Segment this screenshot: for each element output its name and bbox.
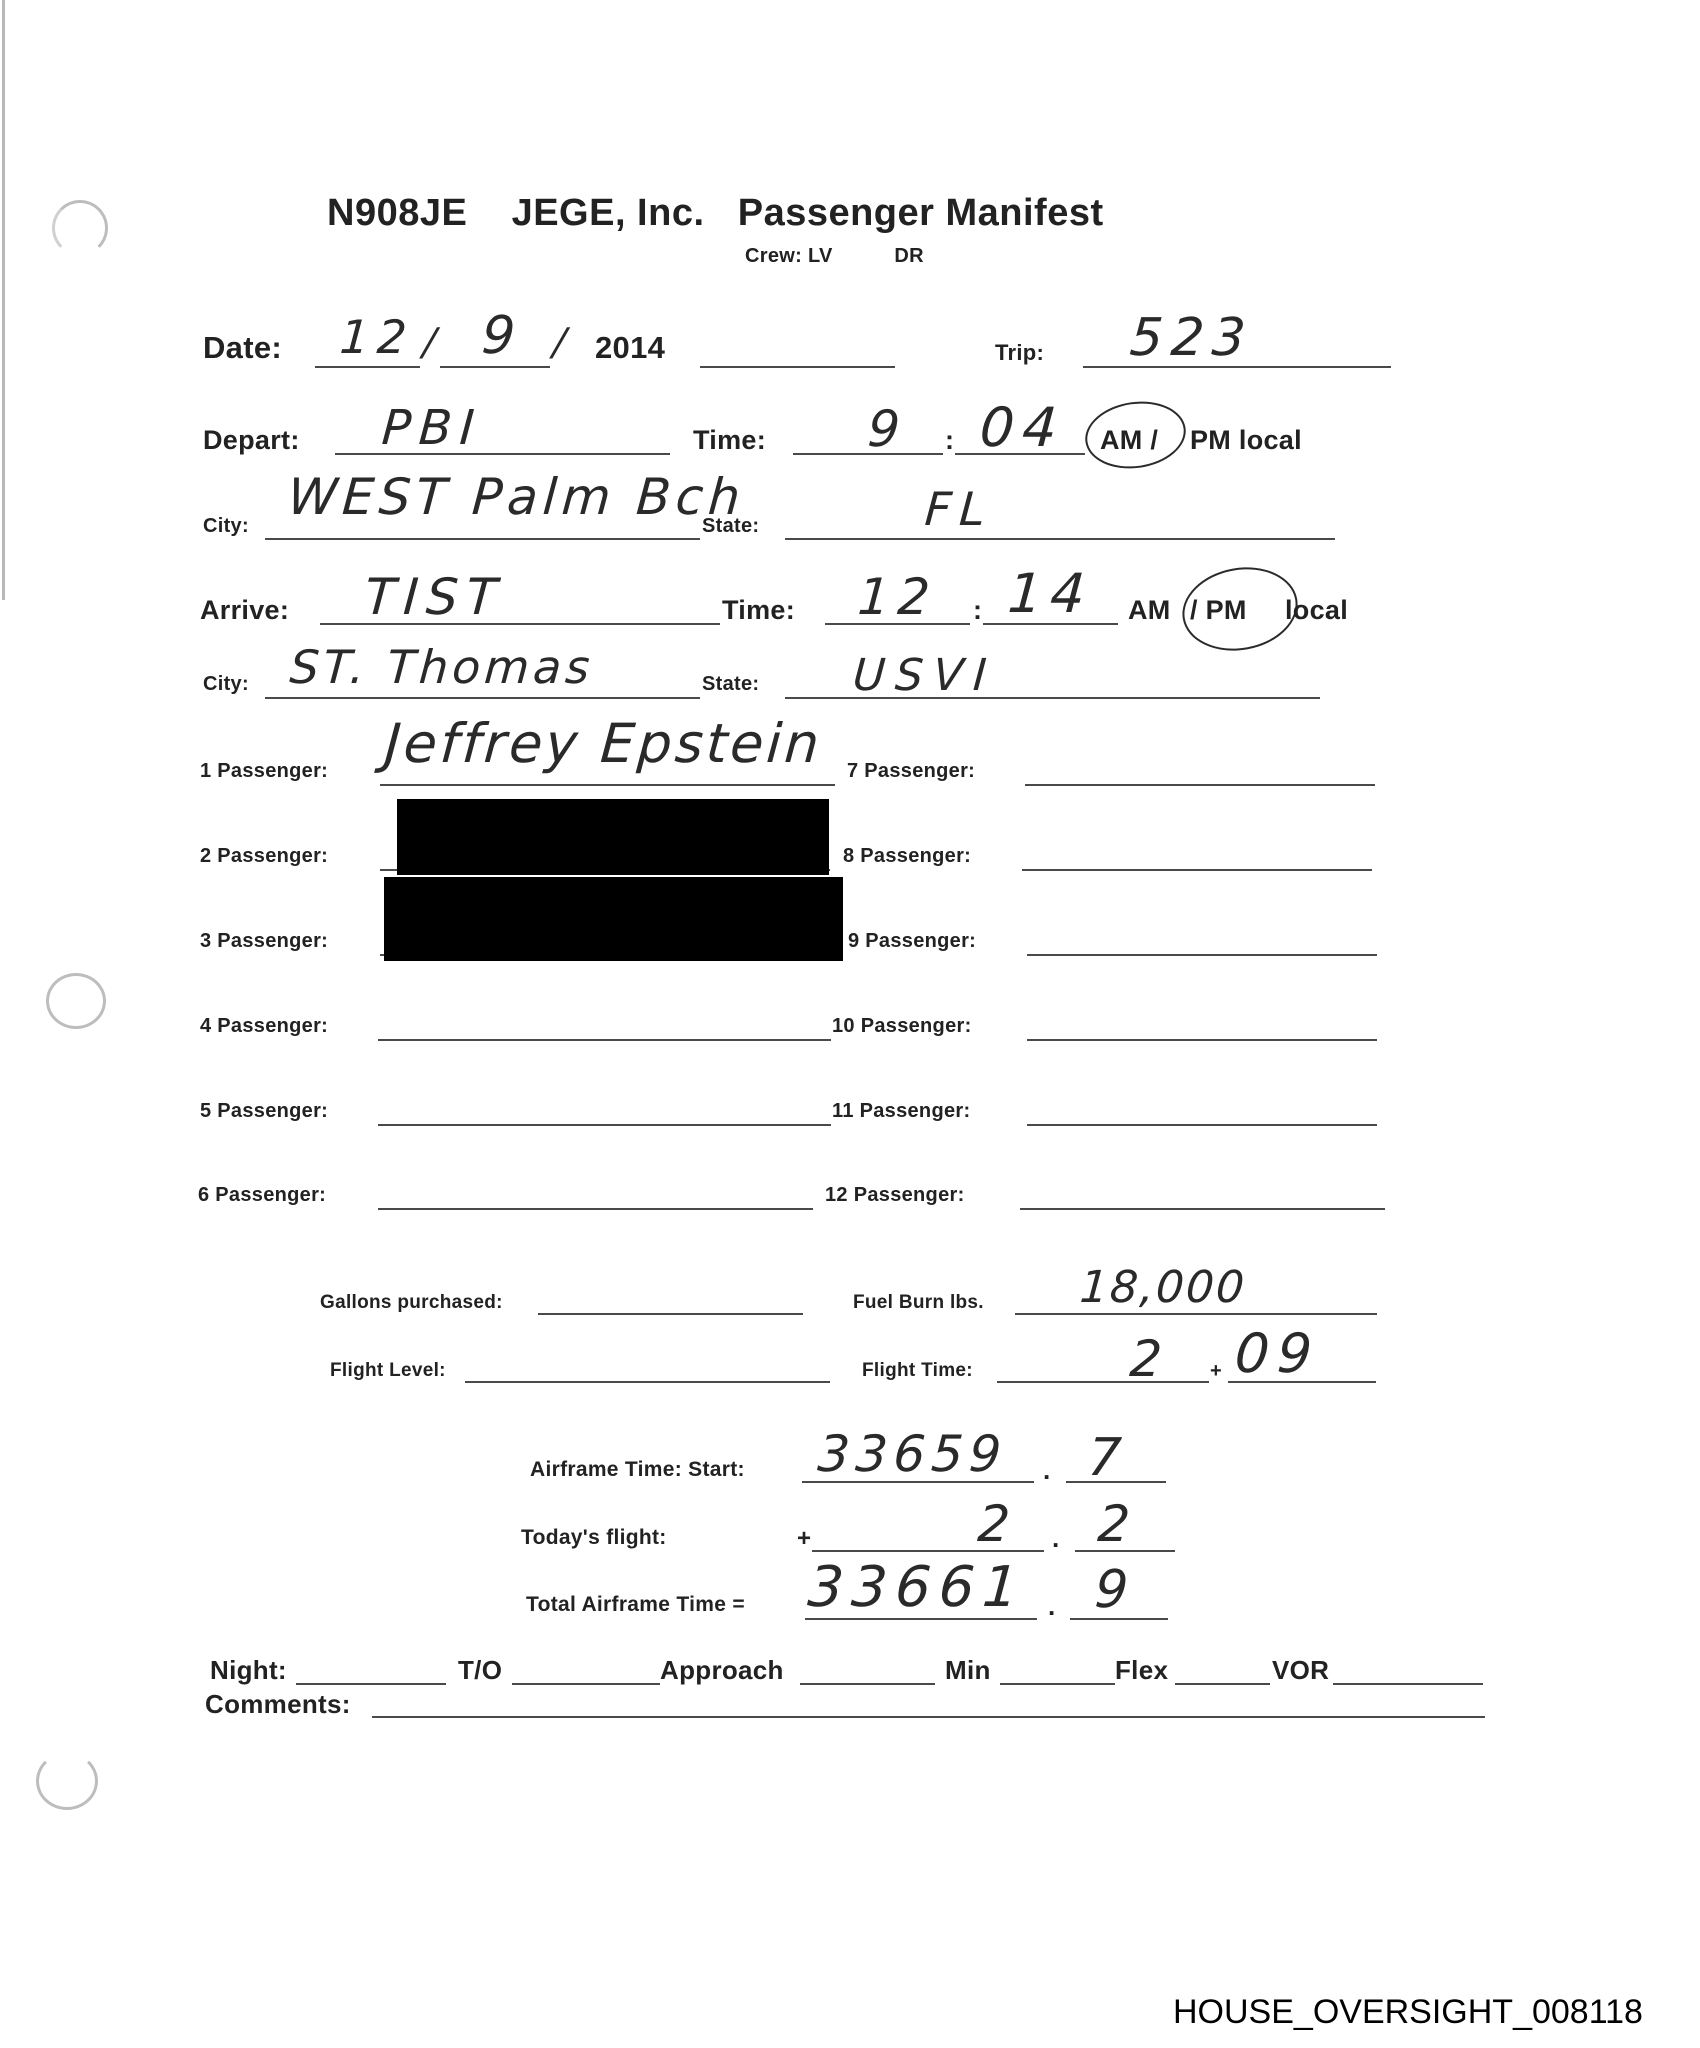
vor-field[interactable] — [1333, 1683, 1483, 1685]
passenger-5-field[interactable] — [378, 1124, 831, 1126]
passenger-12-label: 12 Passenger: — [825, 1184, 965, 1207]
flight-time-hours-value: 2 — [1128, 1330, 1172, 1388]
arrive-hour-value: 12 — [856, 568, 940, 626]
passenger-3-label: 3 Passenger: — [200, 930, 328, 953]
night-field[interactable] — [296, 1683, 446, 1685]
passenger-4-field[interactable] — [378, 1039, 831, 1041]
to-field[interactable] — [512, 1683, 660, 1685]
airframe-start-whole-value: 33659 — [816, 1425, 1009, 1483]
crew-label: Crew: — [745, 245, 802, 267]
date-sep-2: / — [551, 320, 575, 364]
flight-time-label: Flight Time: — [862, 1360, 973, 1382]
arrive-airport-value: TIST — [363, 568, 507, 626]
date-sep-1: / — [421, 320, 445, 364]
depart-state-value: FL — [923, 482, 995, 536]
date-month-value: 12 — [338, 310, 416, 364]
passenger-6-field[interactable] — [378, 1208, 813, 1210]
depart-state-field[interactable] — [785, 538, 1335, 540]
arrive-label: Arrive: — [200, 595, 289, 626]
total-airframe-label: Total Airframe Time = — [526, 1593, 745, 1617]
min-label: Min — [945, 1655, 991, 1686]
company-name: JEGE, Inc. — [512, 192, 705, 234]
arrive-local-label: local — [1285, 595, 1348, 626]
flex-field[interactable] — [1175, 1683, 1270, 1685]
form-title: N908JE JEGE, Inc. Passenger Manifest — [327, 192, 1104, 235]
todays-flight-plus: + — [797, 1525, 811, 1553]
depart-city-value: WEST Palm Bch — [286, 468, 747, 526]
passenger-10-field[interactable] — [1027, 1039, 1377, 1041]
trip-number-value: 523 — [1128, 308, 1255, 368]
vor-label: VOR — [1272, 1655, 1329, 1686]
total-airframe-decimal: . — [1048, 1591, 1056, 1622]
fuel-burn-value: 18,000 — [1078, 1262, 1248, 1313]
flex-label: Flex — [1115, 1655, 1168, 1686]
min-field[interactable] — [1000, 1683, 1115, 1685]
passenger-8-field[interactable] — [1022, 869, 1372, 871]
crew-line: Crew: LV DR — [745, 245, 924, 268]
arrive-state-value: USVI — [851, 650, 998, 701]
arrive-time-colon: : — [973, 595, 982, 626]
depart-minute-value: 04 — [978, 396, 1067, 459]
arrive-time-label: Time: — [722, 595, 795, 626]
passenger-1-label: 1 Passenger: — [200, 760, 328, 783]
flight-level-field[interactable] — [465, 1381, 830, 1383]
manifest-title: Passenger Manifest — [738, 192, 1104, 234]
passenger-1-value: Jeffrey Epstein — [383, 712, 824, 775]
flight-time-minutes-value: 09 — [1233, 1322, 1322, 1385]
todays-flight-label: Today's flight: — [521, 1526, 667, 1550]
todays-flight-whole-value: 2 — [976, 1495, 1020, 1553]
passenger-4-label: 4 Passenger: — [200, 1015, 328, 1038]
hole-punch-top — [52, 200, 108, 256]
depart-state-label: State: — [702, 515, 759, 538]
arrive-minute-value: 14 — [1006, 562, 1095, 625]
to-label: T/O — [458, 1655, 502, 1686]
passenger-2-label: 2 Passenger: — [200, 845, 328, 868]
passenger-12-field[interactable] — [1020, 1208, 1385, 1210]
passenger-9-field[interactable] — [1027, 954, 1377, 956]
gallons-purchased-field[interactable] — [538, 1313, 803, 1315]
night-label: Night: — [210, 1655, 287, 1686]
approach-label: Approach — [660, 1655, 784, 1686]
airframe-start-tenths-value: 7 — [1086, 1428, 1131, 1488]
comments-label: Comments: — [205, 1689, 351, 1720]
hole-punch-bottom — [36, 1752, 98, 1810]
hole-punch-middle — [46, 973, 106, 1029]
depart-hour-value: 9 — [866, 400, 910, 458]
fuel-burn-label: Fuel Burn lbs. — [853, 1292, 984, 1314]
crew-member-1: LV — [808, 245, 833, 267]
total-airframe-tenths-value: 9 — [1093, 1560, 1138, 1620]
passenger-11-field[interactable] — [1027, 1124, 1377, 1126]
bates-number: HOUSE_OVERSIGHT_008118 — [1173, 1993, 1643, 2032]
tail-number: N908JE — [327, 192, 467, 234]
arrive-city-value: ST. Thomas — [288, 640, 595, 694]
passenger-11-label: 11 Passenger: — [832, 1100, 970, 1123]
arrive-city-field[interactable] — [265, 697, 700, 699]
depart-pm-option[interactable]: PM local — [1190, 425, 1302, 456]
flight-time-hours-field[interactable] — [997, 1381, 1209, 1383]
passenger-7-field[interactable] — [1025, 784, 1375, 786]
date-label: Date: — [203, 330, 282, 366]
passenger-3-redaction — [384, 877, 843, 961]
date-year: 2014 — [595, 330, 665, 366]
depart-time-colon: : — [945, 425, 954, 456]
airframe-start-label: Airframe Time: Start: — [530, 1458, 745, 1482]
date-day-value: 9 — [480, 306, 525, 366]
passenger-6-label: 6 Passenger: — [198, 1184, 326, 1207]
passenger-2-redaction — [397, 799, 829, 875]
gallons-purchased-label: Gallons purchased: — [320, 1292, 503, 1314]
date-month-field[interactable] — [315, 366, 420, 368]
flight-time-plus: + — [1210, 1360, 1222, 1383]
passenger-1-field[interactable] — [380, 784, 835, 786]
total-airframe-whole-value: 33661 — [806, 1555, 1029, 1620]
crew-member-2: DR — [894, 245, 924, 267]
arrive-am-option[interactable]: AM — [1128, 595, 1171, 626]
passenger-7-label: 7 Passenger: — [847, 760, 975, 783]
approach-field[interactable] — [800, 1683, 935, 1685]
passenger-8-label: 8 Passenger: — [843, 845, 971, 868]
depart-time-label: Time: — [693, 425, 766, 456]
depart-airport-value: PBI — [380, 400, 484, 456]
fuel-burn-field[interactable] — [1015, 1313, 1377, 1315]
depart-city-field[interactable] — [265, 538, 700, 540]
depart-label: Depart: — [203, 425, 300, 456]
depart-am-selected-circle — [1081, 395, 1190, 474]
date-year-underline — [700, 366, 895, 368]
todays-flight-tenths-value: 2 — [1096, 1495, 1140, 1553]
arrive-city-label: City: — [203, 673, 249, 696]
todays-flight-decimal: . — [1052, 1523, 1060, 1554]
passenger-9-label: 9 Passenger: — [848, 930, 976, 953]
comments-field[interactable] — [372, 1716, 1485, 1718]
scan-margin-line — [2, 0, 5, 600]
passenger-5-label: 5 Passenger: — [200, 1100, 328, 1123]
flight-level-label: Flight Level: — [330, 1360, 446, 1382]
date-day-field[interactable] — [440, 366, 550, 368]
trip-label: Trip: — [995, 340, 1044, 366]
arrive-state-label: State: — [702, 673, 759, 696]
depart-city-label: City: — [203, 515, 249, 538]
passenger-10-label: 10 Passenger: — [832, 1015, 972, 1038]
airframe-start-decimal: . — [1043, 1455, 1051, 1486]
